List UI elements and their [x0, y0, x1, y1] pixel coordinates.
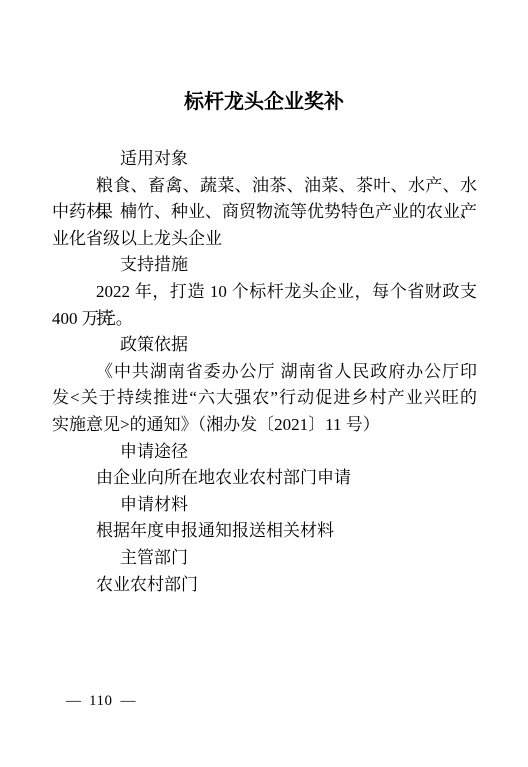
para-policy-line-2: 发<关于持续推进“六大强农”行动促进乡村产业兴旺的 [52, 385, 477, 412]
heading-application-materials: 申请材料 [52, 492, 477, 519]
heading-competent-department: 主管部门 [52, 545, 477, 572]
para-policy-line-3: 实施意见>的通知》（湘办发〔2021〕11 号） [52, 412, 477, 439]
para-support-line-1: 2022 年，打造 10 个标杆龙头企业，每个省财政支持 [52, 279, 477, 306]
heading-applicable-objects: 适用对象 [52, 146, 477, 173]
heading-policy-basis: 政策依据 [52, 332, 477, 359]
para-industries-line-3: 业化省级以上龙头企业 [52, 226, 477, 253]
document-title: 标杆龙头企业奖补 [0, 90, 528, 114]
footer-dash-left: — [66, 692, 81, 710]
document-body: 适用对象 粮食、畜禽、蔬菜、油茶、油菜、茶叶、水产、水果、 中药材、楠竹、种业、… [52, 146, 477, 598]
para-materials-line-1: 根据年度申报通知报送相关材料 [52, 518, 477, 545]
para-policy-line-1: 《中共湖南省委办公厅 湖南省人民政府办公厅印 [52, 359, 477, 386]
para-department-line-1: 农业农村部门 [52, 572, 477, 599]
para-channel-line-1: 由企业向所在地农业农村部门申请 [52, 465, 477, 492]
document-page: 标杆龙头企业奖补 适用对象 粮食、畜禽、蔬菜、油茶、油菜、茶叶、水产、水果、 中… [0, 0, 528, 767]
para-support-line-2: 400 万元。 [52, 306, 477, 333]
heading-application-channel: 申请途径 [52, 439, 477, 466]
para-industries-line-2: 中药材、楠竹、种业、商贸物流等优势特色产业的农业产 [52, 199, 477, 226]
page-number: 110 [89, 692, 112, 710]
para-industries-line-1: 粮食、畜禽、蔬菜、油茶、油菜、茶叶、水产、水果、 [52, 173, 477, 200]
heading-support-measures: 支持措施 [52, 252, 477, 279]
footer-dash-right: — [120, 692, 135, 710]
page-footer: — 110 — [66, 692, 135, 710]
